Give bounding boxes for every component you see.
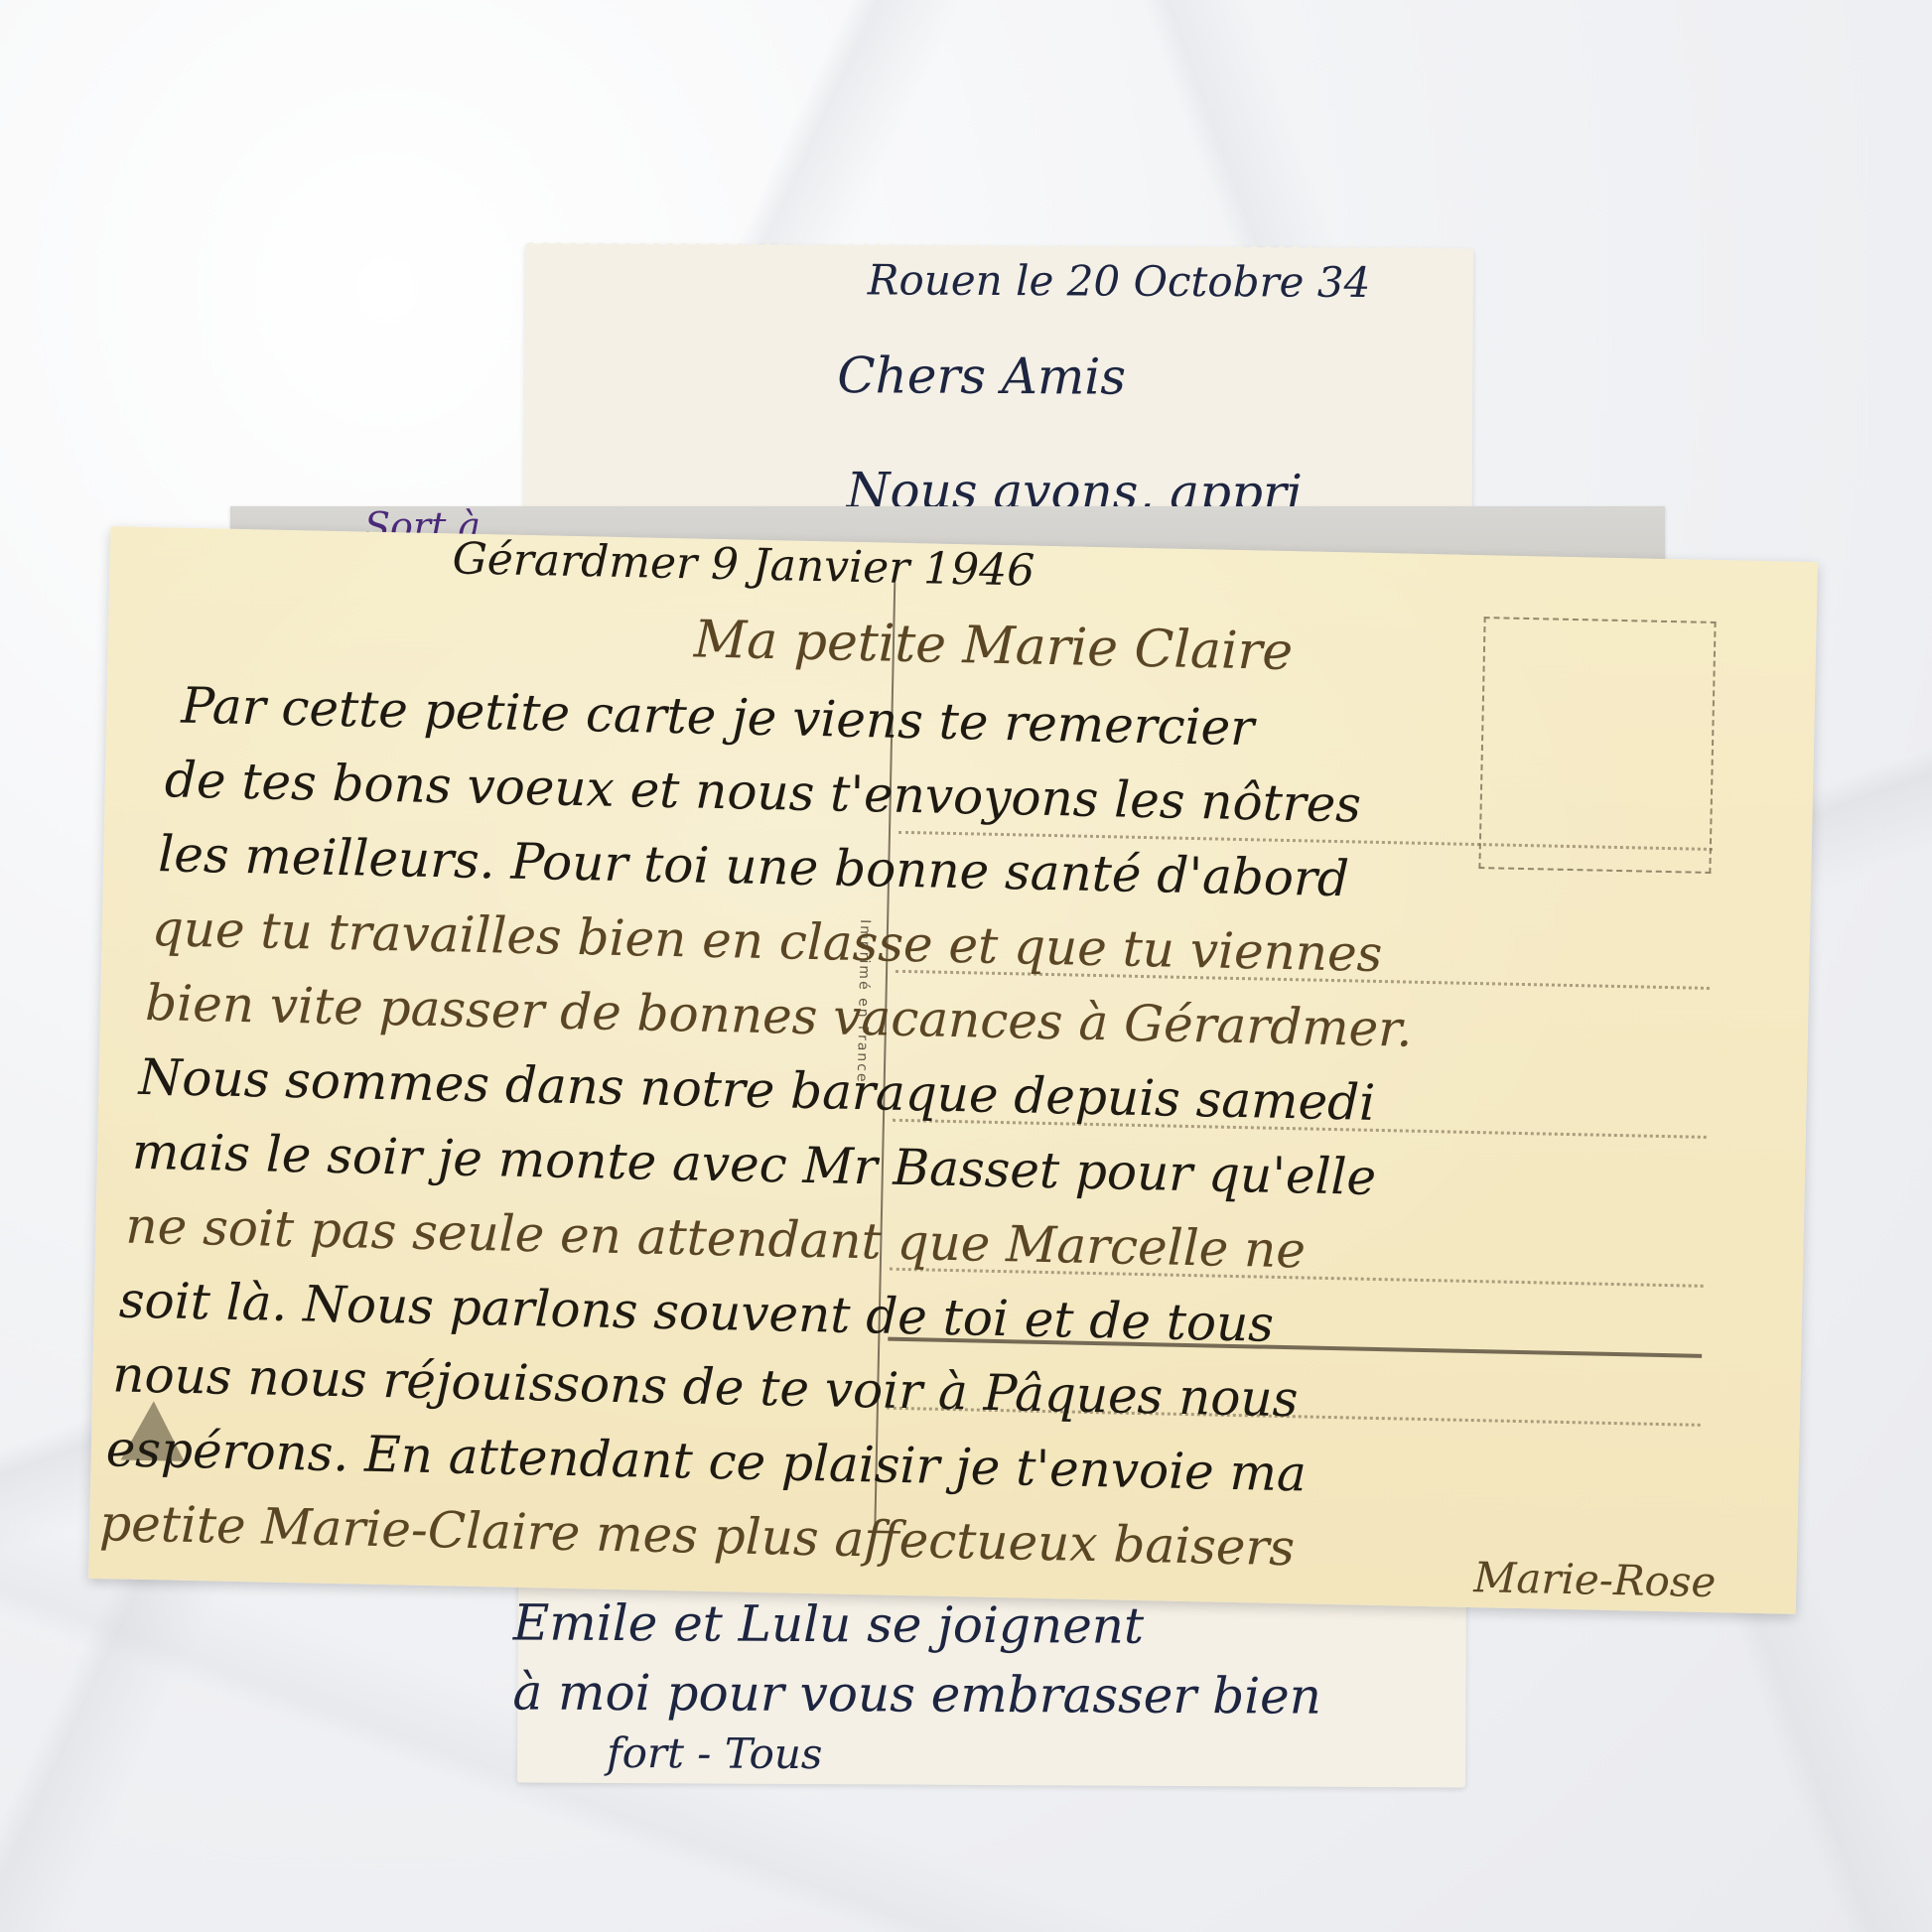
body-line: espérons. En attendant ce plaisir je t'e…: [105, 1420, 1307, 1502]
body-line: nous nous réjouissons de te voir à Pâque…: [112, 1345, 1299, 1428]
front-card-date: Gérardmer 9 Janvier 1946: [452, 533, 1035, 596]
body-line: petite Marie-Claire mes plus affectueux …: [99, 1494, 1296, 1577]
stamp-box: [1478, 617, 1716, 874]
front-postcard-1946: Imprimé en France Gérardmer 9 Janvier 19…: [88, 526, 1818, 1614]
scalloped-edge: [525, 240, 1473, 253]
back-card-bottom-line: fort - Tous: [607, 1728, 823, 1778]
signature: Marie-Rose: [1473, 1553, 1717, 1606]
body-line: de tes bons voeux et nous t'envoyons les…: [164, 751, 1361, 833]
body-line: mais le soir je monte avec Mr Basset pou…: [132, 1123, 1377, 1206]
front-card-salutation: Ma petite Marie Claire: [693, 610, 1293, 682]
body-line: Nous sommes dans notre baraque depuis sa…: [138, 1048, 1376, 1132]
back-card-date: Rouen le 20 Octobre 34: [868, 255, 1371, 307]
back-card-bottom-line: Emile et Lulu se joignent: [513, 1593, 1145, 1654]
body-line: Par cette petite carte je viens te remer…: [181, 677, 1255, 758]
body-line: soit là. Nous parlons souvent de toi et …: [118, 1271, 1274, 1352]
back-card-bottom-line: à moi pour vous embrasser bien: [512, 1663, 1321, 1725]
body-line: ne soit pas seule en attendant que Marce…: [125, 1197, 1307, 1280]
body-line: bien vite passer de bonnes vacances à Gé…: [145, 974, 1413, 1058]
body-line: que tu travailles bien en classe et que …: [151, 899, 1383, 983]
back-card-salutation: Chers Amis: [837, 346, 1126, 406]
